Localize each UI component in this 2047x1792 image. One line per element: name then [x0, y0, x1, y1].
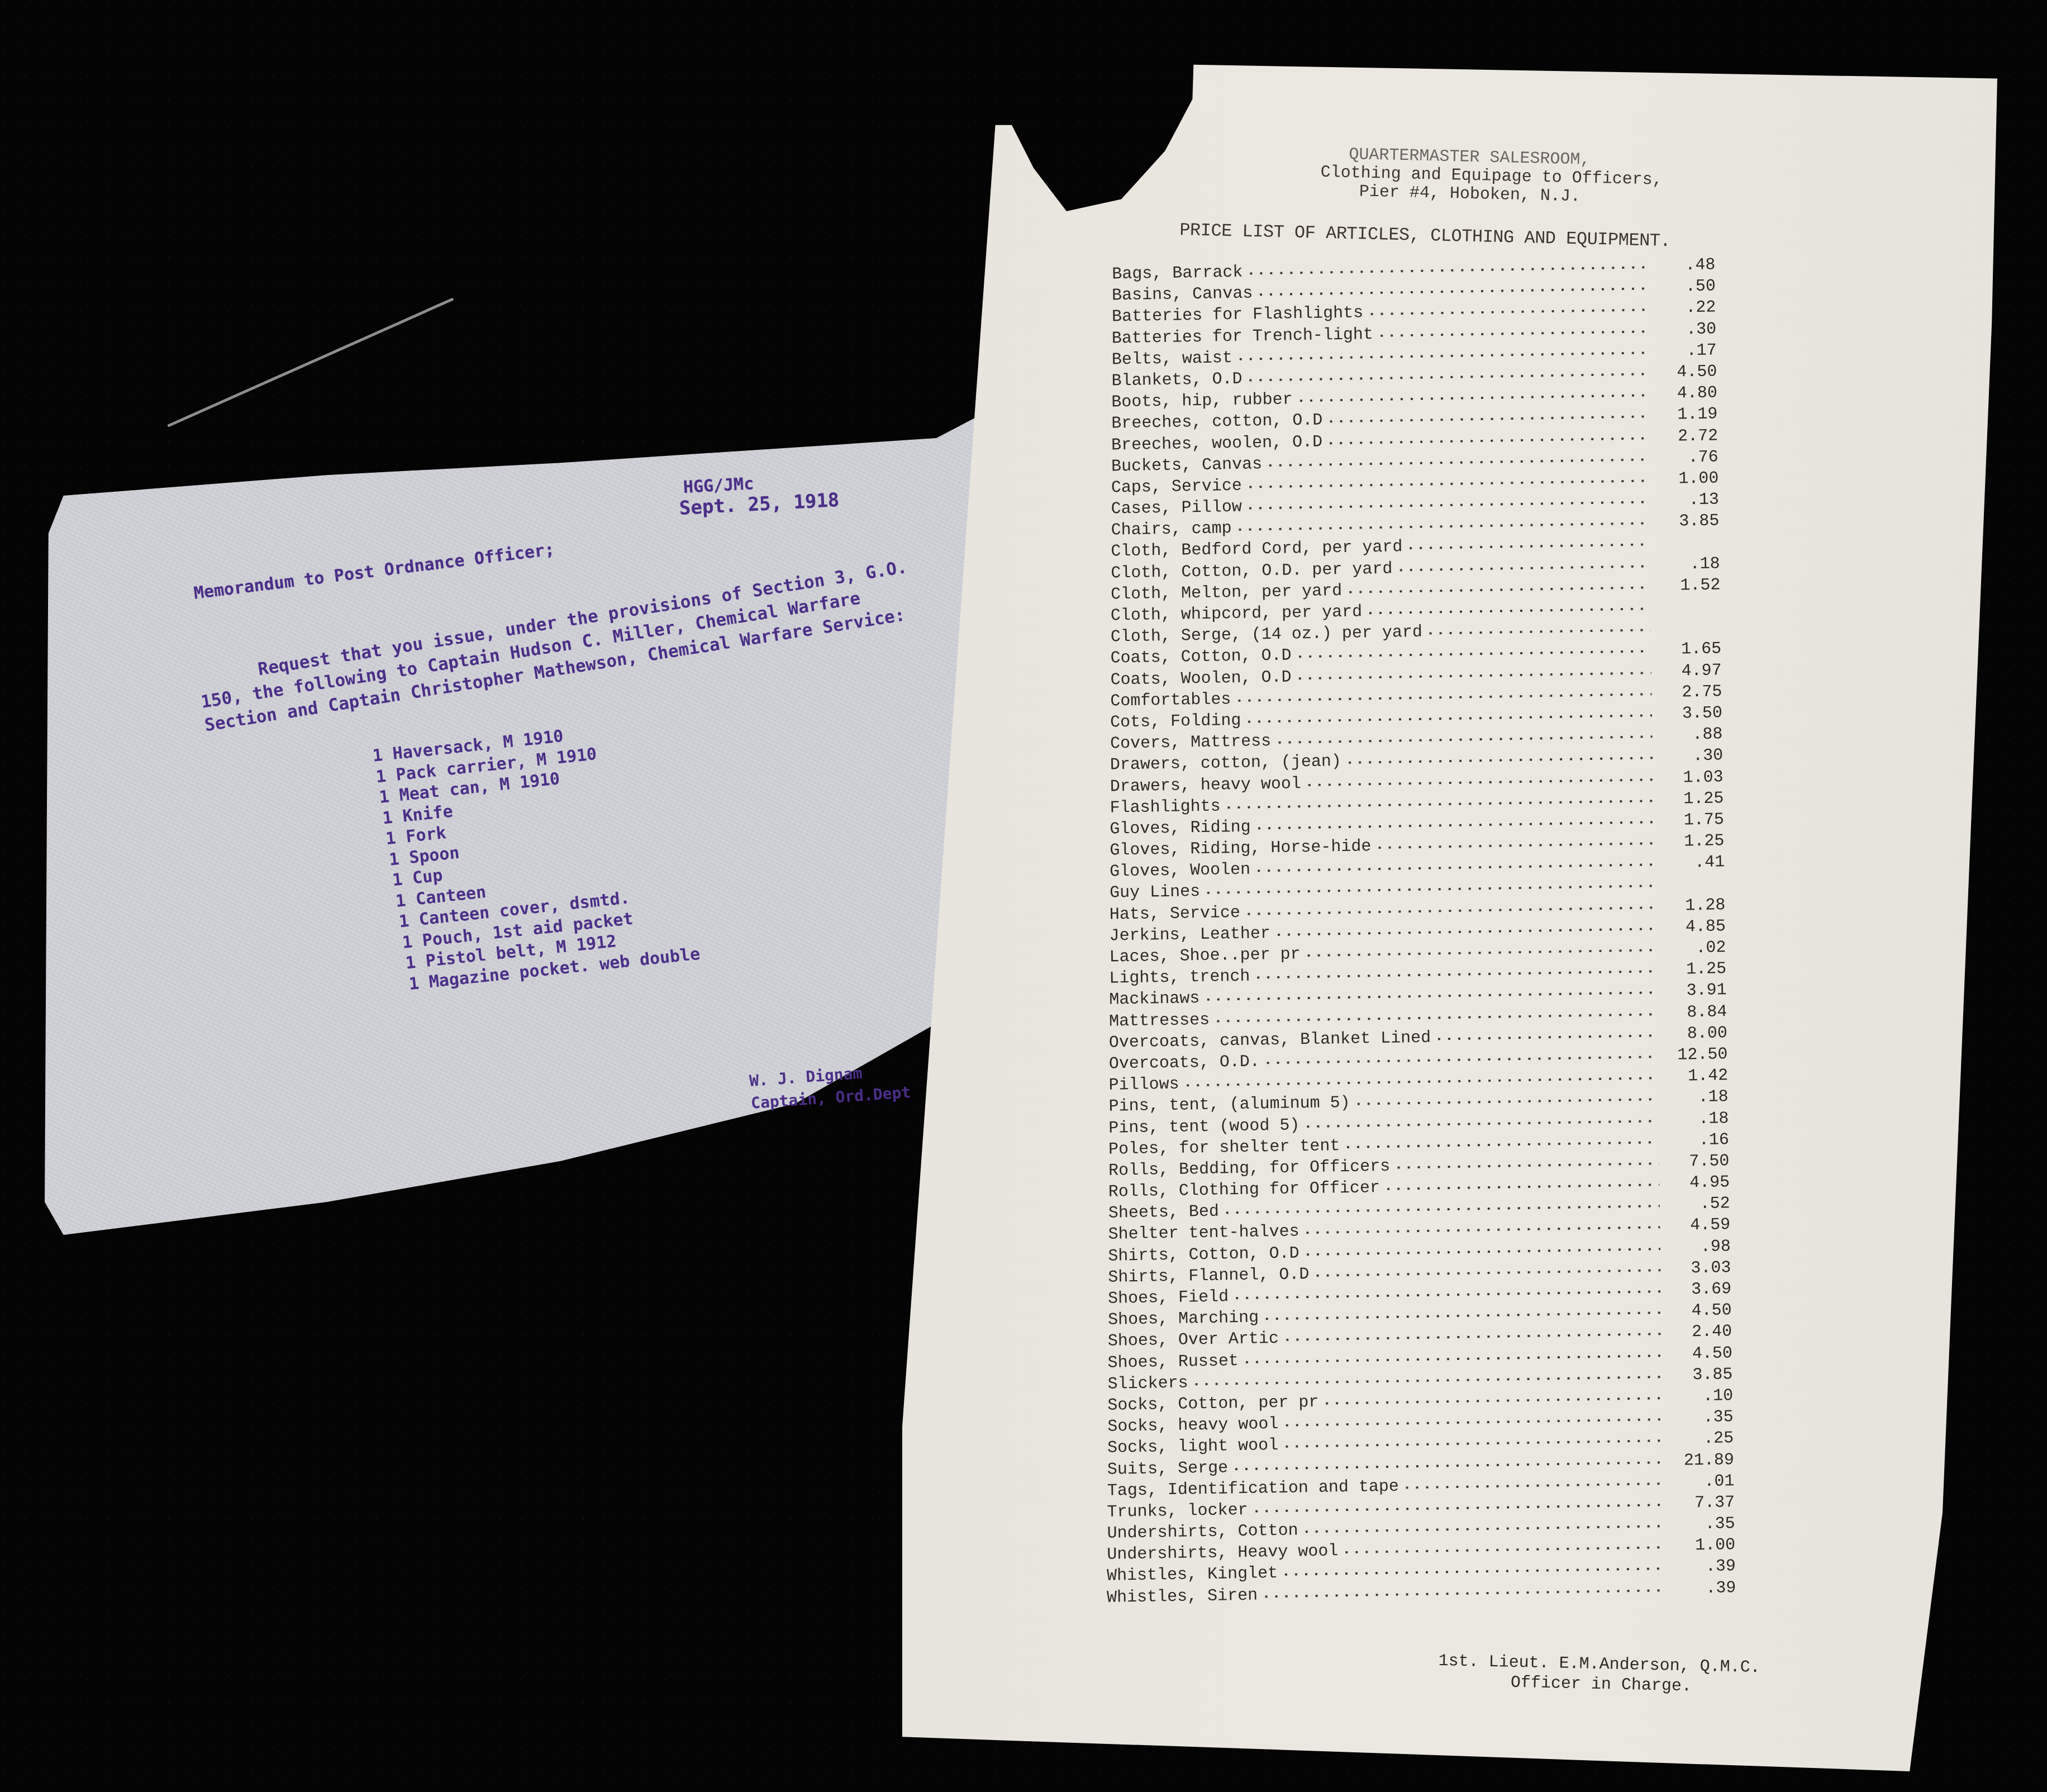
- article-name: Bags, Barrack: [1112, 263, 1243, 284]
- article-name: Belts, waist: [1112, 349, 1233, 369]
- article-price: 1.52: [1653, 576, 1721, 596]
- article-price: 8.84: [1660, 1002, 1727, 1023]
- article-name: Jerkins, Leather: [1109, 924, 1270, 946]
- dot-leader: [1406, 531, 1649, 552]
- article-name: Caps, Service: [1111, 477, 1243, 498]
- article-price: 4.80: [1650, 384, 1718, 404]
- article-price: 2.72: [1651, 426, 1718, 446]
- article-price: .18: [1653, 554, 1720, 574]
- article-name: Suits, Serge: [1107, 1458, 1229, 1479]
- article-price: .16: [1662, 1130, 1730, 1151]
- article-price: .18: [1661, 1088, 1729, 1108]
- article-price: .18: [1662, 1109, 1729, 1129]
- article-price: .98: [1664, 1237, 1731, 1257]
- price-list-signature: 1st. Lieut. E.M.Anderson, Q.M.C. Officer…: [1437, 1651, 1760, 1698]
- article-name: Pins, tent (wood 5): [1108, 1116, 1300, 1138]
- article-name: Covers, Mattress: [1110, 732, 1272, 754]
- article-price: 3.03: [1664, 1258, 1731, 1278]
- article-name: Cots, Folding: [1110, 711, 1241, 733]
- show-through-marking: [1888, 659, 1972, 693]
- article-price: 7.37: [1668, 1493, 1735, 1513]
- article-price: .39: [1669, 1557, 1736, 1577]
- article-price: .02: [1659, 938, 1726, 958]
- dot-leader: [1367, 296, 1646, 317]
- article-price: .10: [1666, 1386, 1734, 1406]
- article-price: 2.40: [1665, 1323, 1732, 1343]
- article-price: .52: [1663, 1194, 1730, 1214]
- dot-leader: [1434, 1021, 1657, 1042]
- article-price: 3.50: [1655, 704, 1723, 724]
- article-price: 3.85: [1652, 512, 1720, 532]
- dot-leader: [1377, 317, 1646, 339]
- article-name: Comfortables: [1110, 690, 1231, 711]
- article-price: 2.75: [1655, 682, 1722, 702]
- article-name: Chairs, camp: [1111, 519, 1232, 540]
- article-name: Hats, Service: [1110, 904, 1241, 925]
- article-price: [1654, 610, 1721, 611]
- article-price: [1653, 546, 1720, 548]
- article-name: Socks, heavy wool: [1107, 1415, 1279, 1437]
- dot-leader: [1383, 1171, 1660, 1192]
- article-price: .48: [1648, 255, 1716, 275]
- article-price: 4.50: [1665, 1344, 1733, 1364]
- article-price: 1.00: [1668, 1536, 1736, 1556]
- article-price: 21.89: [1667, 1451, 1735, 1471]
- dot-leader: [1393, 1149, 1659, 1170]
- article-name: Cases, Pillow: [1111, 498, 1242, 519]
- article-price: [1658, 888, 1725, 889]
- article-price: 4.59: [1663, 1216, 1731, 1236]
- article-name: Shoes, Marching: [1108, 1309, 1259, 1330]
- article-name: Undershirts, Cotton: [1107, 1522, 1298, 1543]
- article-price: 4.85: [1659, 917, 1726, 937]
- article-name: Blankets, O.D: [1111, 370, 1243, 391]
- article-price: .22: [1649, 298, 1716, 319]
- article-price: 1.25: [1656, 789, 1724, 809]
- article-name: Shirts, Cotton, O.D: [1108, 1244, 1299, 1266]
- article-name: Sheets, Bed: [1108, 1202, 1220, 1223]
- article-price: .30: [1656, 747, 1724, 767]
- article-name: Shelter tent-halves: [1108, 1223, 1299, 1244]
- article-price: 1.75: [1657, 810, 1725, 830]
- article-price: 4.97: [1654, 661, 1722, 681]
- article-price: .50: [1649, 277, 1716, 297]
- article-price: 8.00: [1660, 1024, 1728, 1044]
- article-price: 7.50: [1662, 1152, 1730, 1172]
- article-price: .35: [1666, 1408, 1734, 1428]
- article-price: 12.50: [1660, 1045, 1728, 1065]
- price-table: Bags, Barrack.48Basins, Canvas.50Batteri…: [1112, 252, 1736, 1605]
- article-price: 1.00: [1651, 469, 1719, 489]
- article-price: .88: [1655, 725, 1723, 745]
- article-price: [1654, 632, 1721, 633]
- article-price: 3.91: [1659, 981, 1727, 1001]
- article-name: Trunks, locker: [1107, 1501, 1248, 1522]
- article-name: Breeches, cotton, O.D: [1111, 411, 1323, 434]
- article-name: Shoes, Field: [1108, 1287, 1229, 1308]
- article-name: Mattresses: [1109, 1010, 1210, 1031]
- article-price: 1.25: [1659, 959, 1727, 980]
- article-price: 1.19: [1650, 405, 1718, 425]
- dot-leader: [1374, 829, 1654, 850]
- article-price: .01: [1667, 1472, 1735, 1492]
- article-price: 1.03: [1656, 768, 1724, 788]
- article-price: .17: [1649, 341, 1717, 361]
- article-price: .30: [1649, 320, 1717, 340]
- article-name: Cloth, Melton, per yard: [1111, 582, 1343, 604]
- article-price: 3.85: [1665, 1365, 1733, 1385]
- article-name: Cloth, whipcord, per yard: [1111, 602, 1363, 625]
- article-name: Boots, hip, rubber: [1111, 390, 1293, 412]
- article-price: .76: [1651, 448, 1718, 468]
- dot-leader: [1396, 552, 1650, 573]
- article-price: 4.50: [1664, 1301, 1732, 1321]
- article-name: Whistles, Kinglet: [1107, 1564, 1278, 1586]
- article-name: Gloves, Riding: [1110, 817, 1251, 839]
- article-price: 4.95: [1663, 1173, 1730, 1193]
- article-price: .13: [1652, 490, 1720, 510]
- article-name: Buckets, Canvas: [1111, 455, 1263, 476]
- dot-leader: [1426, 616, 1651, 636]
- article-price: .25: [1667, 1429, 1734, 1449]
- article-name: Coats, Cotton, O.D: [1110, 647, 1292, 668]
- article-price: .41: [1658, 853, 1725, 873]
- article-name: Guy Lines: [1110, 882, 1201, 903]
- article-price: 1.28: [1658, 896, 1726, 916]
- dot-leader: [1402, 1470, 1664, 1490]
- article-name: Mackinaws: [1109, 989, 1200, 1010]
- article-name: Whistles, Siren: [1107, 1586, 1258, 1607]
- article-name: Slickers: [1107, 1373, 1188, 1394]
- article-name: Poles, for shelter tent: [1108, 1137, 1340, 1159]
- article-price: 1.65: [1654, 640, 1722, 660]
- article-price: 4.50: [1650, 362, 1717, 382]
- article-name: Pillows: [1108, 1075, 1179, 1095]
- article-name: Flashlights: [1110, 797, 1221, 817]
- article-name: Basins, Canvas: [1112, 284, 1253, 306]
- article-price: .39: [1669, 1579, 1736, 1599]
- article-price: 1.42: [1661, 1066, 1729, 1086]
- article-price: 3.69: [1664, 1280, 1732, 1300]
- article-price: 1.25: [1657, 831, 1725, 852]
- memo-item-list: 1 Haversack, M 19101 Pack carrier, M 191…: [372, 714, 701, 996]
- article-price: .35: [1668, 1514, 1735, 1534]
- article-name: Batteries for Flashlights: [1112, 304, 1364, 327]
- paper-crease: [167, 297, 454, 427]
